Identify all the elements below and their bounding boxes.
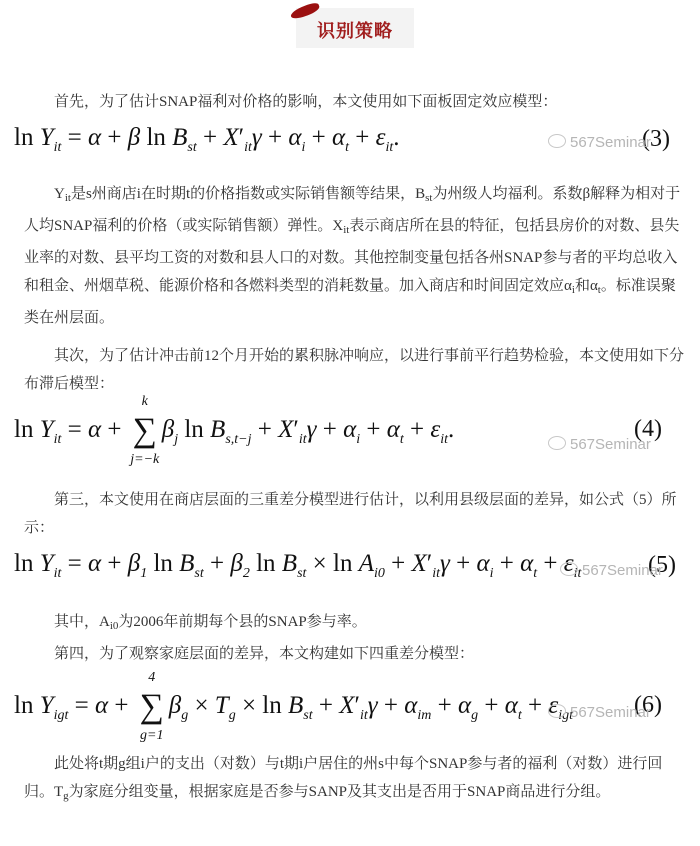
- paragraph-intro-eq6: 第四，为了观察家庭层面的差异，本文构建如下四重差分模型：: [24, 640, 688, 668]
- summation-symbol: k∑j=−k: [128, 414, 162, 448]
- watermark: 567Seminar: [548, 704, 651, 721]
- paragraph-variable-definitions: Yit是s州商店i在时期t的价格指数或实际销售额等结果，Bst为州级人均福利。系…: [24, 180, 688, 332]
- paragraph-participation-rate: 其中，Ai0为2006年前期每个县的SNAP参与率。: [24, 608, 688, 640]
- paragraph-intro-eq5: 第三，本文使用在商店层面的三重差分模型进行估计，以利用县级层面的差异，如公式（5…: [24, 486, 688, 542]
- wechat-icon: [560, 562, 578, 576]
- watermark: 567Seminar: [548, 436, 651, 453]
- wechat-icon: [548, 704, 566, 718]
- watermark: 567Seminar: [548, 134, 651, 151]
- wechat-icon: [548, 436, 566, 450]
- paragraph-intro-eq4: 其次，为了估计冲击前12个月开始的累积脉冲响应，以进行事前平行趋势检验，本文使用…: [24, 342, 688, 398]
- section-title-box: 识别策略: [296, 8, 414, 48]
- paragraph-eq6-explanation: 此处将t期g组i户的支出（对数）与t期i户居住的州s中每个SNAP参与者的福利（…: [24, 750, 688, 810]
- wechat-icon: [548, 134, 566, 148]
- watermark: 567Seminar: [560, 562, 663, 579]
- section-title: 识别策略: [296, 17, 414, 43]
- summation-symbol: 4∑g=1: [135, 690, 169, 724]
- paragraph-intro-eq3: 首先，为了估计SNAP福利对价格的影响，本文使用如下面板固定效应模型：: [24, 88, 688, 116]
